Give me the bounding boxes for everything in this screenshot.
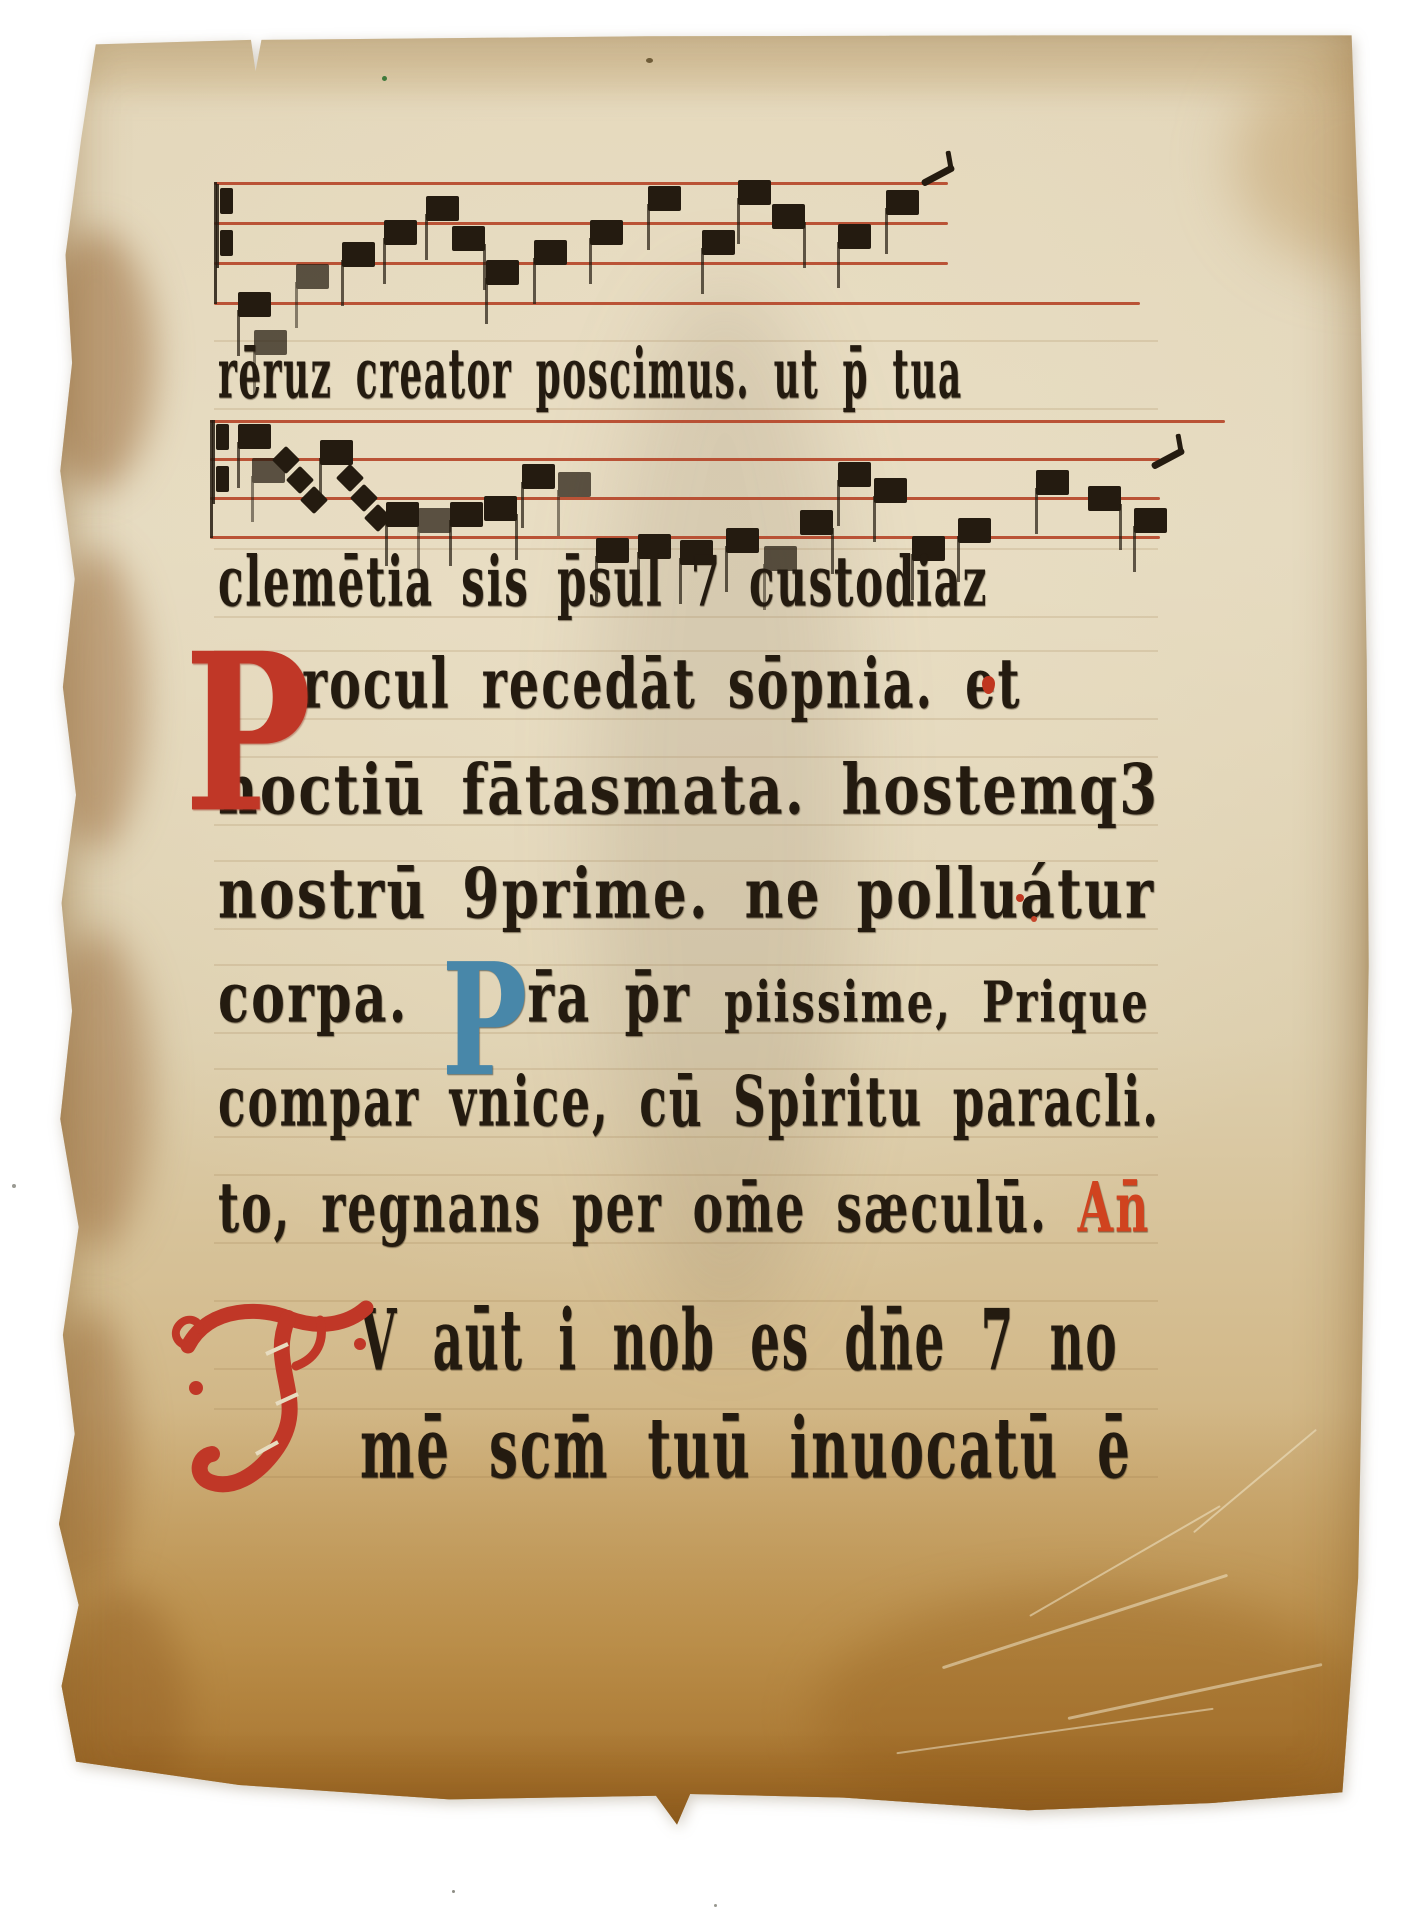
vellum-surface: [55, 30, 1370, 1830]
parchment-stain: [55, 1730, 1370, 1830]
parchment-stain: [595, 280, 855, 1330]
photograph-background: rēruz creator poscimus. ut p̄ tuaclemēti…: [0, 0, 1424, 1920]
parchment-stain: [40, 930, 150, 1250]
parchment-stain: [35, 230, 155, 490]
parchment-stain: [55, 30, 1370, 90]
parchment-stain: [45, 550, 145, 850]
manuscript-leaf: [0, 0, 1424, 1920]
